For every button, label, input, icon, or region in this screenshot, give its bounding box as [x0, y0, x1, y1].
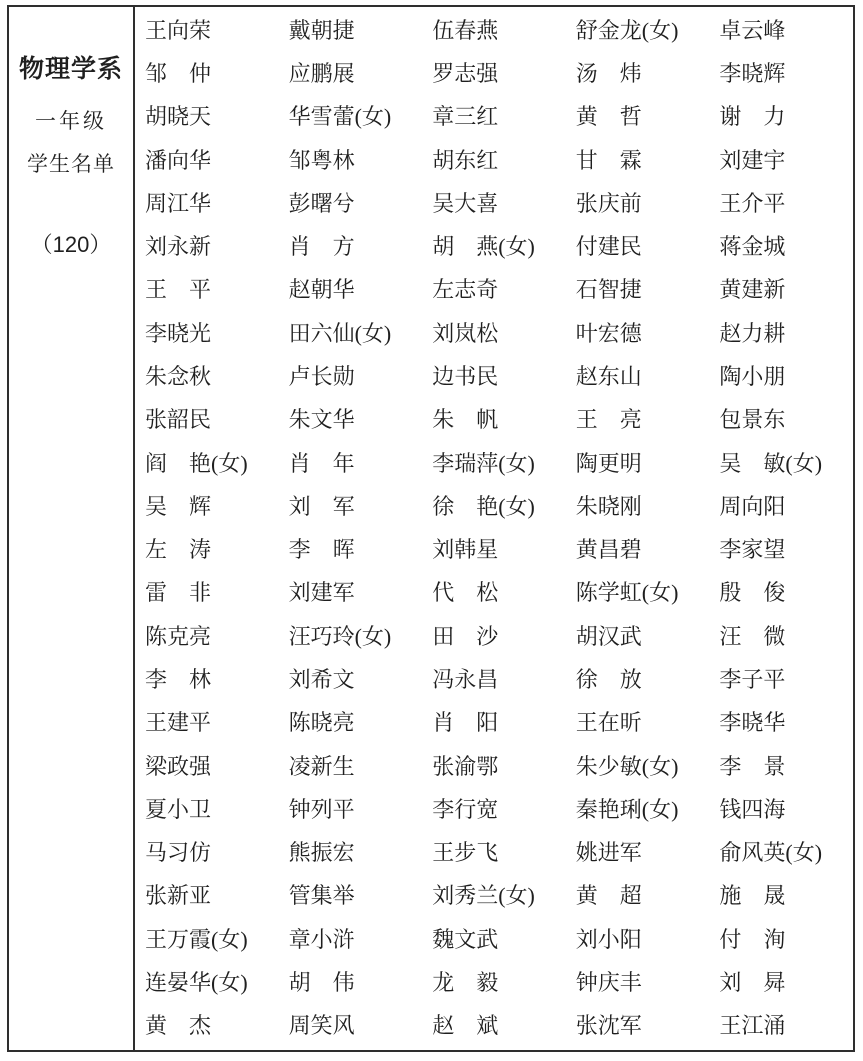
student-name: 施 晟: [709, 885, 853, 907]
roster-row: 张韶民朱文华朱 帆王 亮包景东: [135, 399, 853, 442]
student-name: 熊振宏: [279, 842, 423, 864]
student-name: 俞风英(女): [709, 842, 853, 864]
student-name: 邹 仲: [135, 63, 279, 85]
student-name: 肖 方: [279, 236, 423, 258]
student-name: 周笑风: [279, 1015, 423, 1037]
student-name: 罗志强: [422, 63, 566, 85]
student-name: 刘岚松: [422, 323, 566, 345]
student-name: 刘 曻: [709, 972, 853, 994]
student-name: 雷 非: [135, 582, 279, 604]
student-name: 叶宏德: [566, 323, 710, 345]
student-name: 周江华: [135, 193, 279, 215]
roster-table: 物理学系 一年级 学生名单 （120） 王向荣戴朝捷伍春燕舒金龙(女)卓云峰邹 …: [7, 5, 855, 1052]
student-name: 张渝鄂: [422, 756, 566, 778]
student-name: 胡汉武: [566, 626, 710, 648]
student-name: 陶更明: [566, 453, 710, 475]
student-name: 秦艳琍(女): [566, 799, 710, 821]
student-name: 钱四海: [709, 799, 853, 821]
student-name: 田六仙(女): [279, 323, 423, 345]
student-name: 汪巧玲(女): [279, 626, 423, 648]
student-name: 潘向华: [135, 150, 279, 172]
student-name: 张新亚: [135, 885, 279, 907]
student-name: 刘建宇: [709, 150, 853, 172]
student-name: 李子平: [709, 669, 853, 691]
student-name: 李 晖: [279, 539, 423, 561]
student-name: 卓云峰: [709, 20, 853, 42]
student-name: 李晓光: [135, 323, 279, 345]
grade-label: 一年级: [35, 105, 107, 135]
student-name: 李瑞萍(女): [422, 453, 566, 475]
list-title: 学生名单: [27, 148, 115, 178]
student-name: 龙 毅: [422, 972, 566, 994]
student-name: 王 亮: [566, 409, 710, 431]
student-name: 阎 艳(女): [135, 453, 279, 475]
student-name: 王江涌: [709, 1015, 853, 1037]
student-name: 黄 超: [566, 885, 710, 907]
student-name: 李 景: [709, 756, 853, 778]
student-name: 姚进军: [566, 842, 710, 864]
student-name: 彭曙兮: [279, 193, 423, 215]
student-name: 赵 斌: [422, 1015, 566, 1037]
student-name: 王 平: [135, 279, 279, 301]
roster-row: 周江华彭曙兮吴大喜张庆前王介平: [135, 182, 853, 225]
student-name: 边书民: [422, 366, 566, 388]
student-name: 王向荣: [135, 20, 279, 42]
student-name: 李行宽: [422, 799, 566, 821]
student-name: 王建平: [135, 712, 279, 734]
roster-row: 刘永新肖 方胡 燕(女)付建民蒋金城: [135, 225, 853, 268]
roster-row: 夏小卫钟列平李行宽秦艳琍(女)钱四海: [135, 788, 853, 831]
roster-row: 胡晓天华雪蕾(女)章三红黄 哲谢 力: [135, 96, 853, 139]
student-name: 钟列平: [279, 799, 423, 821]
student-name: 吴 敏(女): [709, 453, 853, 475]
roster-row: 潘向华邹粤林胡东红甘 霖刘建宇: [135, 139, 853, 182]
document-page: 物理学系 一年级 学生名单 （120） 王向荣戴朝捷伍春燕舒金龙(女)卓云峰邹 …: [0, 0, 863, 1061]
roster-row: 马习仿熊振宏王步飞姚进军俞风英(女): [135, 832, 853, 875]
student-name: 凌新生: [279, 756, 423, 778]
student-name: 应鹏展: [279, 63, 423, 85]
student-name: 管集举: [279, 885, 423, 907]
roster-row: 吴 辉刘 军徐 艳(女)朱晓刚周向阳: [135, 485, 853, 528]
student-name: 卢长勋: [279, 366, 423, 388]
student-name: 刘小阳: [566, 929, 710, 951]
student-name: 田 沙: [422, 626, 566, 648]
student-name: 胡 燕(女): [422, 236, 566, 258]
student-name: 朱文华: [279, 409, 423, 431]
student-name: 石智捷: [566, 279, 710, 301]
student-name: 代 松: [422, 582, 566, 604]
student-name: 刘韩星: [422, 539, 566, 561]
student-name: 刘秀兰(女): [422, 885, 566, 907]
student-name: 李家望: [709, 539, 853, 561]
student-name: 刘建军: [279, 582, 423, 604]
student-name: 朱 帆: [422, 409, 566, 431]
roster-row: 朱念秋卢长勋边书民赵东山陶小朋: [135, 355, 853, 398]
student-name: 冯永昌: [422, 669, 566, 691]
roster-row: 雷 非刘建军代 松陈学虹(女)殷 俊: [135, 572, 853, 615]
student-name: 吴大喜: [422, 193, 566, 215]
student-name: 王在昕: [566, 712, 710, 734]
student-name: 黄昌碧: [566, 539, 710, 561]
roster-row: 阎 艳(女)肖 年李瑞萍(女)陶更明吴 敏(女): [135, 442, 853, 485]
student-name: 王万霞(女): [135, 929, 279, 951]
student-name: 李 林: [135, 669, 279, 691]
student-name: 朱念秋: [135, 366, 279, 388]
student-name: 刘 军: [279, 496, 423, 518]
roster-row: 左 涛李 晖刘韩星黄昌碧李家望: [135, 529, 853, 572]
roster-row: 黄 杰周笑风赵 斌张沈军王江涌: [135, 1005, 853, 1048]
student-name: 包景东: [709, 409, 853, 431]
student-name: 吴 辉: [135, 496, 279, 518]
student-name: 刘永新: [135, 236, 279, 258]
student-name: 赵朝华: [279, 279, 423, 301]
student-name: 李晓辉: [709, 63, 853, 85]
roster-row: 王万霞(女)章小浒魏文武刘小阳付 洵: [135, 918, 853, 961]
student-name: 魏文武: [422, 929, 566, 951]
student-name: 陈克亮: [135, 626, 279, 648]
roster-row: 张新亚管集举刘秀兰(女)黄 超施 晟: [135, 875, 853, 918]
student-name: 刘希文: [279, 669, 423, 691]
student-name: 夏小卫: [135, 799, 279, 821]
student-name: 黄建新: [709, 279, 853, 301]
roster-row: 李晓光田六仙(女)刘岚松叶宏德赵力耕: [135, 312, 853, 355]
roster-row: 王 平赵朝华左志奇石智捷黄建新: [135, 269, 853, 312]
student-name: 胡 伟: [279, 972, 423, 994]
student-name: 戴朝捷: [279, 20, 423, 42]
student-name: 左志奇: [422, 279, 566, 301]
student-name: 舒金龙(女): [566, 20, 710, 42]
student-name: 章三红: [422, 106, 566, 128]
student-name: 马习仿: [135, 842, 279, 864]
student-name: 赵力耕: [709, 323, 853, 345]
student-name: 黄 哲: [566, 106, 710, 128]
student-name: 连晏华(女): [135, 972, 279, 994]
student-name: 张庆前: [566, 193, 710, 215]
student-name: 蒋金城: [709, 236, 853, 258]
roster-row: 连晏华(女)胡 伟龙 毅钟庆丰刘 曻: [135, 961, 853, 1004]
roster-row: 梁政强凌新生张渝鄂朱少敏(女)李 景: [135, 745, 853, 788]
student-name: 胡东红: [422, 150, 566, 172]
student-name: 王步飞: [422, 842, 566, 864]
student-name: 殷 俊: [709, 582, 853, 604]
student-name: 朱少敏(女): [566, 756, 710, 778]
student-name: 陶小朋: [709, 366, 853, 388]
student-name: 朱晓刚: [566, 496, 710, 518]
student-name: 汪 微: [709, 626, 853, 648]
student-name: 周向阳: [709, 496, 853, 518]
student-name: 华雪蕾(女): [279, 106, 423, 128]
roster-row: 邹 仲应鹏展罗志强汤 炜李晓辉: [135, 52, 853, 95]
department-title: 物理学系: [19, 49, 123, 85]
table-header-cell: 物理学系 一年级 学生名单 （120）: [9, 7, 135, 1050]
roster-row: 陈克亮汪巧玲(女)田 沙胡汉武汪 微: [135, 615, 853, 658]
student-name: 肖 年: [279, 453, 423, 475]
student-name: 胡晓天: [135, 106, 279, 128]
student-name: 李晓华: [709, 712, 853, 734]
student-name: 付 洵: [709, 929, 853, 951]
student-name: 汤 炜: [566, 63, 710, 85]
student-name: 张韶民: [135, 409, 279, 431]
student-name: 徐 放: [566, 669, 710, 691]
student-name: 邹粤林: [279, 150, 423, 172]
roster-row: 王建平陈晓亮肖 阳王在昕李晓华: [135, 702, 853, 745]
student-name: 陈学虹(女): [566, 582, 710, 604]
student-name: 徐 艳(女): [422, 496, 566, 518]
student-name: 黄 杰: [135, 1015, 279, 1037]
student-name: 章小浒: [279, 929, 423, 951]
student-count: （120）: [31, 228, 112, 259]
student-name: 赵东山: [566, 366, 710, 388]
student-name: 王介平: [709, 193, 853, 215]
student-name: 肖 阳: [422, 712, 566, 734]
student-name: 谢 力: [709, 106, 853, 128]
student-name: 钟庆丰: [566, 972, 710, 994]
student-name: 甘 霖: [566, 150, 710, 172]
student-name: 伍春燕: [422, 20, 566, 42]
roster-row: 王向荣戴朝捷伍春燕舒金龙(女)卓云峰: [135, 9, 853, 52]
student-name: 梁政强: [135, 756, 279, 778]
student-name: 陈晓亮: [279, 712, 423, 734]
roster-grid: 王向荣戴朝捷伍春燕舒金龙(女)卓云峰邹 仲应鹏展罗志强汤 炜李晓辉胡晓天华雪蕾(…: [135, 7, 853, 1050]
student-name: 张沈军: [566, 1015, 710, 1037]
student-name: 付建民: [566, 236, 710, 258]
student-name: 左 涛: [135, 539, 279, 561]
roster-row: 李 林刘希文冯永昌徐 放李子平: [135, 658, 853, 701]
